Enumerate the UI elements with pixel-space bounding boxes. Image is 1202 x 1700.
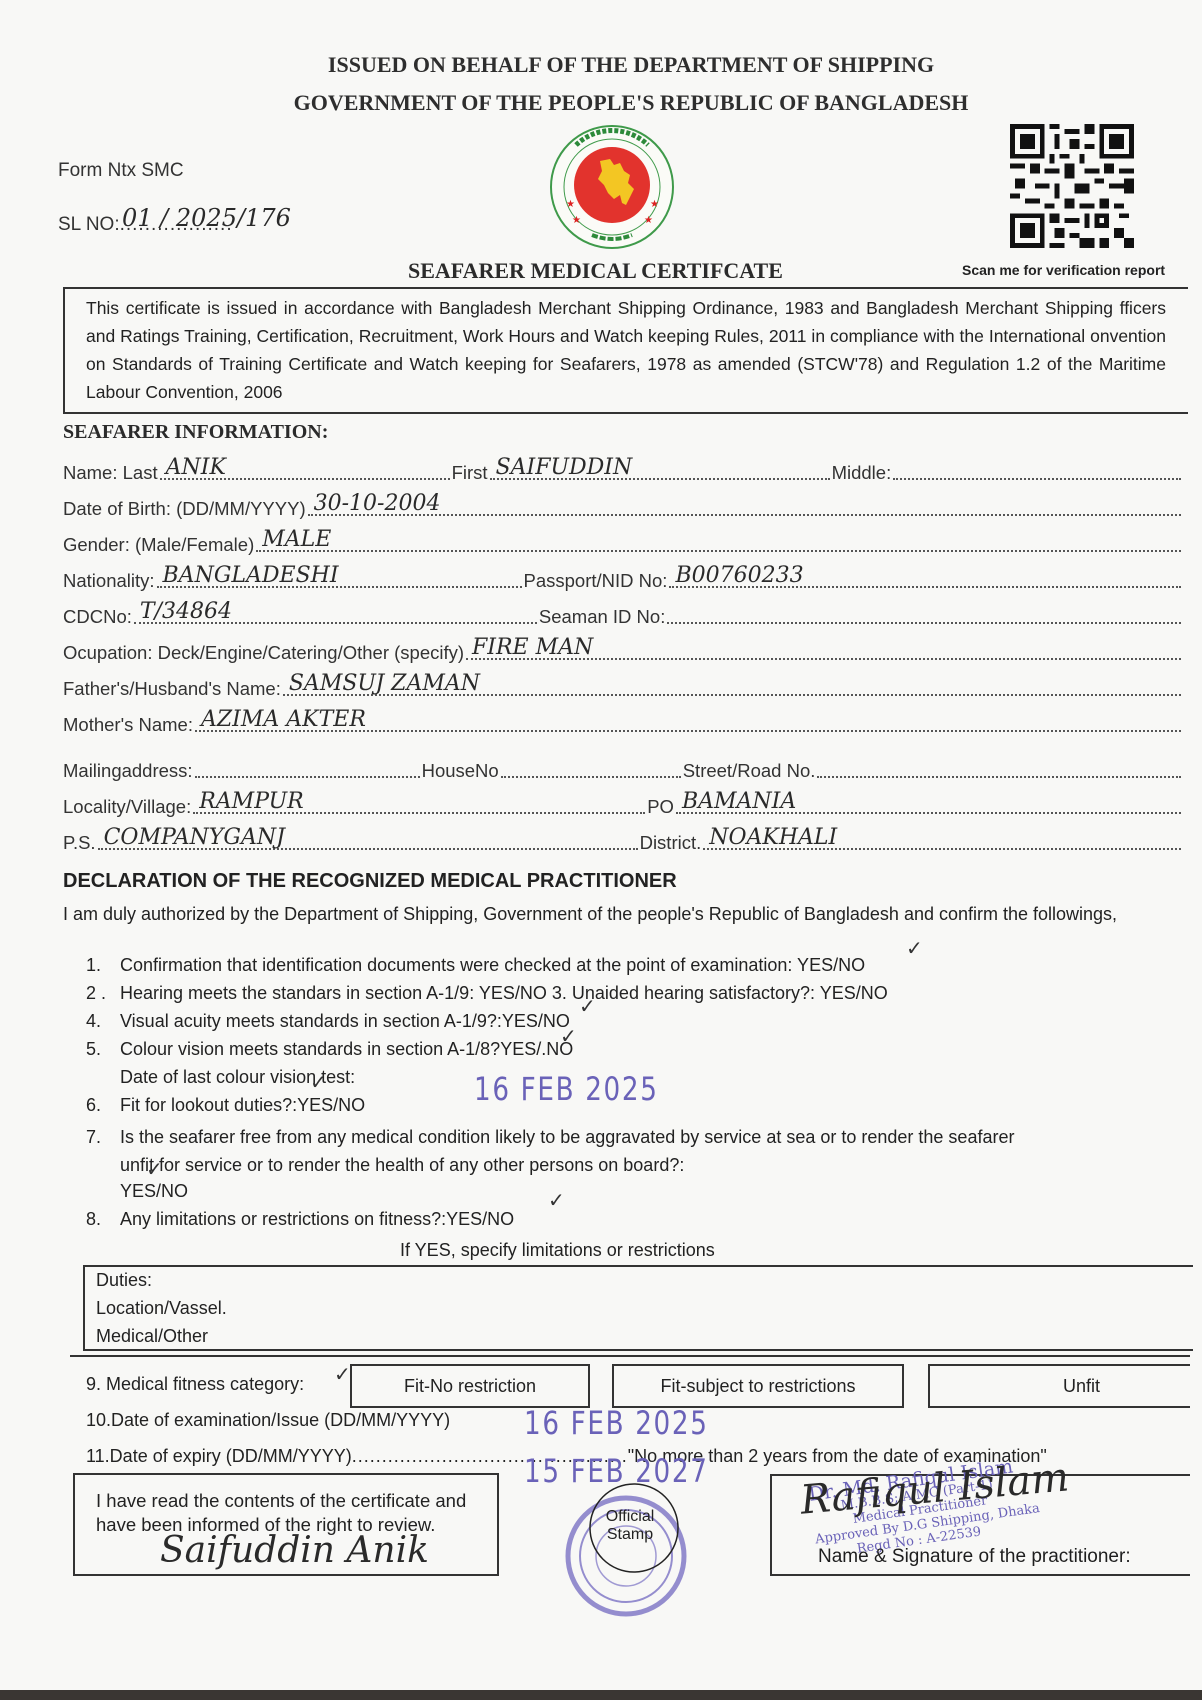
- last-name-value: ANIK: [166, 455, 226, 480]
- check-mark-icon: ✓: [560, 1024, 577, 1048]
- exam-date-stamp: 16 FEB 2025: [524, 1404, 709, 1442]
- district-field[interactable]: NOAKHALI: [703, 832, 1181, 850]
- declaration-item-5: 5.Colour vision meets standards in secti…: [86, 1039, 573, 1060]
- street-field[interactable]: [817, 760, 1181, 778]
- svg-text:★: ★: [644, 215, 653, 226]
- father-row: Father's/Husband's Name: SAMSUJ ZAMAN: [63, 674, 1183, 700]
- item-number: 1.: [86, 955, 120, 976]
- certificate-title: SEAFARER MEDICAL CERTIFCATE: [408, 258, 783, 284]
- ps-field[interactable]: COMPANYGANJ: [98, 832, 638, 850]
- item-text: Any limitations or restrictions on fitne…: [120, 1209, 514, 1229]
- name-row: Name: Last ANIK First SAIFUDDIN Middle:: [63, 458, 1183, 484]
- serial-number: SL NO:.................. 01 / 2025/176: [58, 214, 233, 236]
- item-text: Visual acuity meets standards in section…: [120, 1011, 570, 1031]
- gender-field[interactable]: MALE: [256, 534, 1181, 552]
- district-label: District.: [640, 832, 702, 854]
- seaman-id-field[interactable]: [667, 606, 1181, 624]
- duties-box: [83, 1265, 1193, 1351]
- mother-label: Mother's Name:: [63, 714, 193, 736]
- declaration-heading: DECLARATION OF THE RECOGNIZED MEDICAL PR…: [63, 870, 677, 893]
- item-number: 6.: [86, 1095, 120, 1116]
- street-label: Street/Road No.: [683, 760, 816, 782]
- item-number: 2 .: [86, 983, 120, 1004]
- cdc-field[interactable]: T/34864: [134, 606, 537, 624]
- declaration-item-7-cont: unfit for service or to render the healt…: [120, 1155, 684, 1176]
- medical-other-label: Medical/Other: [96, 1326, 208, 1347]
- locality-label: Locality/Village:: [63, 796, 191, 818]
- item-text: Colour vision meets standards in section…: [120, 1039, 573, 1059]
- house-field[interactable]: [501, 760, 681, 778]
- mailing-row: Mailingaddress: HouseNo Street/Road No.: [63, 756, 1183, 782]
- occupation-row: Ocupation: Deck/Engine/Catering/Other (s…: [63, 638, 1183, 664]
- item-text: Hearing meets the standars in section A-…: [120, 983, 888, 1003]
- cdc-label: CDCNo:: [63, 606, 132, 628]
- last-name-label: Name: Last: [63, 462, 158, 484]
- item-number: 4.: [86, 1011, 120, 1032]
- svg-text:★: ★: [572, 215, 581, 226]
- first-name-field[interactable]: SAIFUDDIN: [490, 462, 830, 480]
- item-text: Fit for lookout duties?:YES/NO: [120, 1095, 365, 1115]
- cdc-row: CDCNo: T/34864 Seaman ID No:: [63, 602, 1183, 628]
- po-value: BAMANIA: [682, 789, 796, 814]
- fitness-option-fit-no-restriction[interactable]: Fit-No restriction: [350, 1364, 590, 1408]
- nationality-value: BANGLADESHI: [163, 563, 339, 588]
- seafarer-info-heading: SEAFARER INFORMATION:: [63, 421, 328, 444]
- declaration-item-7-answer: YES/NO: [120, 1181, 188, 1202]
- locality-field[interactable]: RAMPUR: [193, 796, 645, 814]
- middle-name-field[interactable]: [893, 462, 1181, 480]
- seafarer-signature: Saifuddin Anik: [160, 1530, 429, 1571]
- practitioner-label: Name & Signature of the practitioner:: [818, 1546, 1131, 1568]
- declaration-item-4: 4.Visual acuity meets standards in secti…: [86, 1011, 570, 1032]
- mother-field[interactable]: AZIMA AKTER: [195, 714, 1181, 732]
- intro-text: This certificate is issued in accordance…: [86, 294, 1166, 406]
- nationality-field[interactable]: BANGLADESHI: [157, 570, 522, 588]
- district-value: NOAKHALI: [709, 825, 837, 850]
- official-stamp-label: Official Stamp: [592, 1508, 668, 1544]
- qr-code-icon[interactable]: [1010, 124, 1134, 248]
- mother-value: AZIMA AKTER: [201, 707, 366, 732]
- item-number: 7.: [86, 1127, 120, 1148]
- fitness-option-fit-subject-restrictions[interactable]: Fit-subject to restrictions: [612, 1364, 904, 1408]
- fitness-option-unfit[interactable]: Unfit: [928, 1364, 1190, 1408]
- passport-value: B00760233: [675, 563, 803, 588]
- middle-name-label: Middle:: [832, 462, 892, 484]
- check-mark-icon: ✓: [906, 936, 923, 960]
- locality-value: RAMPUR: [199, 789, 304, 814]
- declaration-item-1: 1.Confirmation that identification docum…: [86, 955, 865, 976]
- certificate-page: ISSUED ON BEHALF OF THE DEPARTMENT OF SH…: [0, 0, 1202, 1690]
- gender-label: Gender: (Male/Female): [63, 534, 254, 556]
- father-label: Father's/Husband's Name:: [63, 678, 281, 700]
- nationality-label: Nationality:: [63, 570, 155, 592]
- declaration-item-2: 2 .Hearing meets the standars in section…: [86, 983, 888, 1004]
- locality-row: Locality/Village: RAMPUR PO BAMANIA: [63, 792, 1183, 818]
- item-number: 5.: [86, 1039, 120, 1060]
- passport-field[interactable]: B00760233: [669, 570, 1181, 588]
- occupation-value: FIRE MAN: [472, 635, 593, 660]
- gender-row: Gender: (Male/Female) MALE: [63, 530, 1183, 556]
- check-mark-icon: ✓: [548, 1188, 565, 1212]
- government-seal-icon: ★ ★ ★ ★: [548, 123, 676, 251]
- cdc-value: T/34864: [140, 599, 232, 624]
- item-number: 8.: [86, 1209, 120, 1230]
- svg-text:★: ★: [566, 199, 575, 210]
- dob-field[interactable]: 30-10-2004: [308, 498, 1181, 516]
- header-line-1: ISSUED ON BEHALF OF THE DEPARTMENT OF SH…: [30, 52, 1202, 78]
- declaration-intro: I am duly authorized by the Department o…: [63, 902, 1123, 926]
- fitness-category-label: 9. Medical fitness category:: [86, 1374, 304, 1395]
- qr-caption: Scan me for verification report: [962, 262, 1165, 278]
- check-mark-icon: ✓: [146, 1157, 163, 1181]
- divider: [70, 1355, 1190, 1357]
- seaman-id-label: Seaman ID No:: [539, 606, 665, 628]
- mailing-field[interactable]: [195, 760, 420, 778]
- svg-text:★: ★: [650, 199, 659, 210]
- last-name-field[interactable]: ANIK: [160, 462, 450, 480]
- nationality-row: Nationality: BANGLADESHI Passport/NID No…: [63, 566, 1183, 592]
- declaration-item-8: 8.Any limitations or restrictions on fit…: [86, 1209, 514, 1230]
- item-text: Is the seafarer free from any medical co…: [120, 1127, 1014, 1147]
- gender-value: MALE: [262, 527, 331, 552]
- limits-note: If YES, specify limitations or restricti…: [400, 1240, 715, 1261]
- dob-value: 30-10-2004: [314, 491, 441, 516]
- item-text: Confirmation that identification documen…: [120, 955, 865, 975]
- scan-edge: [0, 1690, 1202, 1700]
- house-label: HouseNo: [422, 760, 499, 782]
- form-id: Form Ntx SMC: [58, 160, 184, 182]
- declaration-item-7: 7.Is the seafarer free from any medical …: [86, 1127, 1014, 1148]
- check-mark-icon: ✓: [579, 994, 596, 1018]
- serial-number-value: 01 / 2025/176: [122, 204, 291, 232]
- first-name-label: First: [452, 462, 488, 484]
- passport-label: Passport/NID No:: [524, 570, 668, 592]
- dob-label: Date of Birth: (DD/MM/YYYY): [63, 498, 306, 520]
- check-mark-icon: ✓: [334, 1362, 351, 1386]
- mailing-label: Mailingaddress:: [63, 760, 193, 782]
- serial-number-label: SL NO:: [58, 214, 120, 235]
- occupation-label: Ocupation: Deck/Engine/Catering/Other (s…: [63, 642, 464, 664]
- ps-label: P.S.: [63, 832, 96, 854]
- declaration-item-6: 6.Fit for lookout duties?:YES/NO: [86, 1095, 365, 1116]
- official-stamp-icon: [556, 1478, 696, 1618]
- father-value: SAMSUJ ZAMAN: [289, 671, 480, 696]
- colour-test-date-stamp: 16 FEB 2025: [474, 1070, 659, 1108]
- ps-value: COMPANYGANJ: [104, 825, 285, 850]
- first-name-value: SAIFUDDIN: [496, 455, 633, 480]
- header-line-2: GOVERNMENT OF THE PEOPLE'S REPUBLIC OF B…: [30, 90, 1202, 116]
- check-mark-icon: ✓: [310, 1070, 327, 1094]
- father-field[interactable]: SAMSUJ ZAMAN: [283, 678, 1181, 696]
- po-field[interactable]: BAMANIA: [676, 796, 1181, 814]
- exam-date-label: 10.Date of examination/Issue (DD/MM/YYYY…: [86, 1410, 450, 1431]
- mother-row: Mother's Name: AZIMA AKTER: [63, 710, 1183, 736]
- occupation-field[interactable]: FIRE MAN: [466, 642, 1181, 660]
- location-vessel-label: Location/Vassel.: [96, 1298, 227, 1319]
- ps-row: P.S. COMPANYGANJ District. NOAKHALI: [63, 828, 1183, 854]
- dob-row: Date of Birth: (DD/MM/YYYY) 30-10-2004: [63, 494, 1183, 520]
- expiry-date-label: 11.Date of expiry (DD/MM/YYYY): [86, 1446, 352, 1466]
- po-label: PO: [647, 796, 674, 818]
- duties-label: Duties:: [96, 1270, 152, 1291]
